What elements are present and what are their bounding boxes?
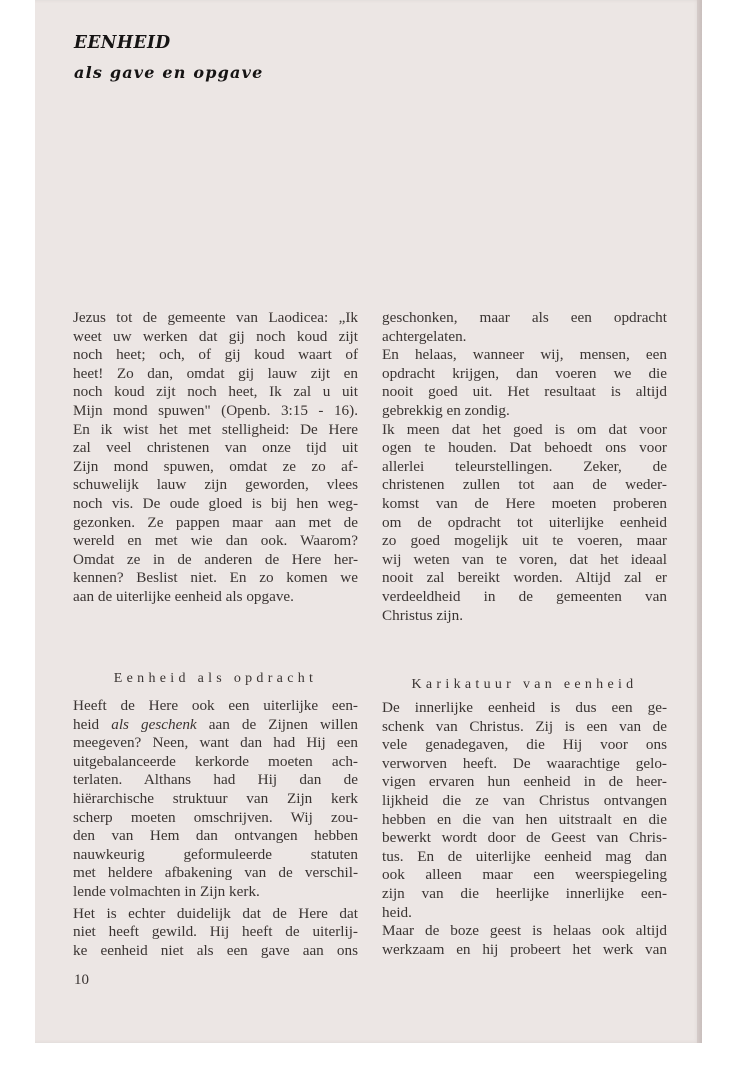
text-line: aan de uiterlijke eenheid als opgave. <box>73 588 358 607</box>
left-section: Eenheid als opdracht <box>73 670 358 689</box>
text-line: heid. <box>382 904 667 923</box>
text-line: verworven heeft. De waarachtige gelo- <box>382 755 667 774</box>
text-line: heet! Zo dan, omdat gij lauw zijt en <box>73 365 358 384</box>
section-heading-eenheid-als-opdracht: Eenheid als opdracht <box>73 670 358 689</box>
text-line: zijn van die heerlijke innerlijke een- <box>382 885 667 904</box>
text-line: ook alleen maar een weerspiegeling <box>382 866 667 885</box>
text-line: hiërarchische struktuur van Zijn kerk <box>73 790 358 809</box>
right-column-top: geschonken, maar als een opdrachtachterg… <box>382 309 667 625</box>
page-edge-shadow <box>697 0 702 1043</box>
text-line: meegeven? Neen, want dan had Hij een <box>73 734 358 753</box>
text-line: niet heeft gewild. Hij heeft de uiterlij… <box>73 923 358 942</box>
paragraph: geschonken, maar als een opdrachtachterg… <box>382 309 667 346</box>
text-line: Zijn mond spuwen, omdat ze zo af- <box>73 458 358 477</box>
text-line: werkzaam en hij probeert het werk van <box>382 941 667 960</box>
article-subtitle: als gave en opgave <box>74 63 264 82</box>
text-line: uitgebalanceerde kerkorde moeten ach- <box>73 753 358 772</box>
paragraph: Het is echter duidelijk dat de Here datn… <box>73 905 358 961</box>
text-line: om de opdracht tot uiterlijke eenheid <box>382 514 667 533</box>
page-number: 10 <box>74 972 89 989</box>
text-line: De innerlijke eenheid is dus een ge- <box>382 699 667 718</box>
text-line: Het is echter duidelijk dat de Here dat <box>73 905 358 924</box>
text-line: vele genadegaven, die Hij voor ons <box>382 736 667 755</box>
text-line: lende volmachten in Zijn kerk. <box>73 883 358 902</box>
text-line: komst van de Here moeten proberen <box>382 495 667 514</box>
text-line: gebrekkig en zondig. <box>382 402 667 421</box>
paragraph: En helaas, wanneer wij, mensen, eenopdra… <box>382 346 667 420</box>
text-line: scherp moeten omschrijven. Wij zou- <box>73 809 358 828</box>
paragraph: Ik meen dat het goed is om dat voorogen … <box>382 421 667 626</box>
text-line: zo goed mogelijk uit te voeren, maar <box>382 532 667 551</box>
text-line: Mijn mond spuwen" (Openb. 3:15 - 16). <box>73 402 358 421</box>
text-line: schenk van Christus. Zij is een van de <box>382 718 667 737</box>
text-line: nooit goed uit. Het resultaat is altijd <box>382 383 667 402</box>
text-line: Heeft de Here ook een uiterlijke een- <box>73 697 358 716</box>
text-line: heid als geschenk aan de Zijnen willen <box>73 716 358 735</box>
text-line: noch heet; och, of gij koud waart of <box>73 346 358 365</box>
text-line: gezonken. Ze pappen maar aan met de <box>73 514 358 533</box>
left-column-intro: Jezus tot de gemeente van Laodicea: „Ikw… <box>73 309 358 607</box>
paragraph: Maar de boze geest is helaas ook altijdw… <box>382 922 667 959</box>
text-line: wij weten van te voren, dat het ideaal <box>382 551 667 570</box>
text-line: tus. En de uiterlijke eenheid mag dan <box>382 848 667 867</box>
text-run: heid <box>73 716 111 733</box>
text-line: weet uw werken dat gij noch koud zijt <box>73 328 358 347</box>
paragraph: Heeft de Here ook een uiterlijke een- he… <box>73 697 358 902</box>
text-line: terlaten. Althans had Hij dan de <box>73 771 358 790</box>
text-line: wereld en met wie dan ook. Waarom? <box>73 532 358 551</box>
paragraph: De innerlijke eenheid is dus een ge-sche… <box>382 699 667 922</box>
text-line: allerlei teleurstellingen. Zeker, de <box>382 458 667 477</box>
text-line: ogen te houden. Dat behoedt ons voor <box>382 439 667 458</box>
text-line: christenen zullen tot aan de weder- <box>382 476 667 495</box>
text-line: ke eenheid niet als een gave aan ons <box>73 942 358 961</box>
text-line: Ik meen dat het goed is om dat voor <box>382 421 667 440</box>
text-line: geschonken, maar als een opdracht <box>382 309 667 328</box>
right-section-body: De innerlijke eenheid is dus een ge-sche… <box>382 699 667 959</box>
article-title: EENHEID <box>74 33 171 54</box>
text-line: Omdat ze in de anderen de Here her- <box>73 551 358 570</box>
text-line: En ik wist het met stelligheid: De Here <box>73 421 358 440</box>
text-line: bewerkt wordt door de Geest van Chris- <box>382 829 667 848</box>
text-line: Christus zijn. <box>382 607 667 626</box>
paragraph-rest: meegeven? Neen, want dan had Hij eenuitg… <box>73 734 358 901</box>
emphasis-text: als geschenk <box>111 716 196 733</box>
right-section: Karikatuur van eenheid <box>382 676 667 695</box>
text-line: nauwkeurig geformuleerde statuten <box>73 846 358 865</box>
text-line: kennen? Beslist niet. En zo komen we <box>73 569 358 588</box>
text-line: hebben en die van hen uitstraalt en die <box>382 811 667 830</box>
text-run: aan de Zijnen willen <box>197 716 358 733</box>
text-line: nooit zal bereikt worden. Altijd zal er <box>382 569 667 588</box>
text-line: Jezus tot de gemeente van Laodicea: „Ik <box>73 309 358 328</box>
section-heading-karikatuur-van-eenheid: Karikatuur van eenheid <box>382 676 667 695</box>
text-line: noch koud zijt noch heet, Ik zal u uit <box>73 383 358 402</box>
text-line: lijkheid die ze van Christus ontvangen <box>382 792 667 811</box>
text-line: verdeeldheid in de gemeenten van <box>382 588 667 607</box>
text-line: schuwelijk lauw zijn geworden, vlees <box>73 476 358 495</box>
text-line: zal veel christenen van onze tijd uit <box>73 439 358 458</box>
text-line: opdracht krijgen, dan voeren we die <box>382 365 667 384</box>
text-line: Maar de boze geest is helaas ook altijd <box>382 922 667 941</box>
text-line: vigen ervaren hun eenheid in de heer- <box>382 773 667 792</box>
text-line: met heldere afbakening van de verschil- <box>73 864 358 883</box>
text-line: noch vis. De oude gloed is bij hen weg- <box>73 495 358 514</box>
text-line: achtergelaten. <box>382 328 667 347</box>
text-line: En helaas, wanneer wij, mensen, een <box>382 346 667 365</box>
left-section-body: Heeft de Here ook een uiterlijke een- he… <box>73 697 358 960</box>
text-line: den van Hem dan ontvangen hebben <box>73 827 358 846</box>
